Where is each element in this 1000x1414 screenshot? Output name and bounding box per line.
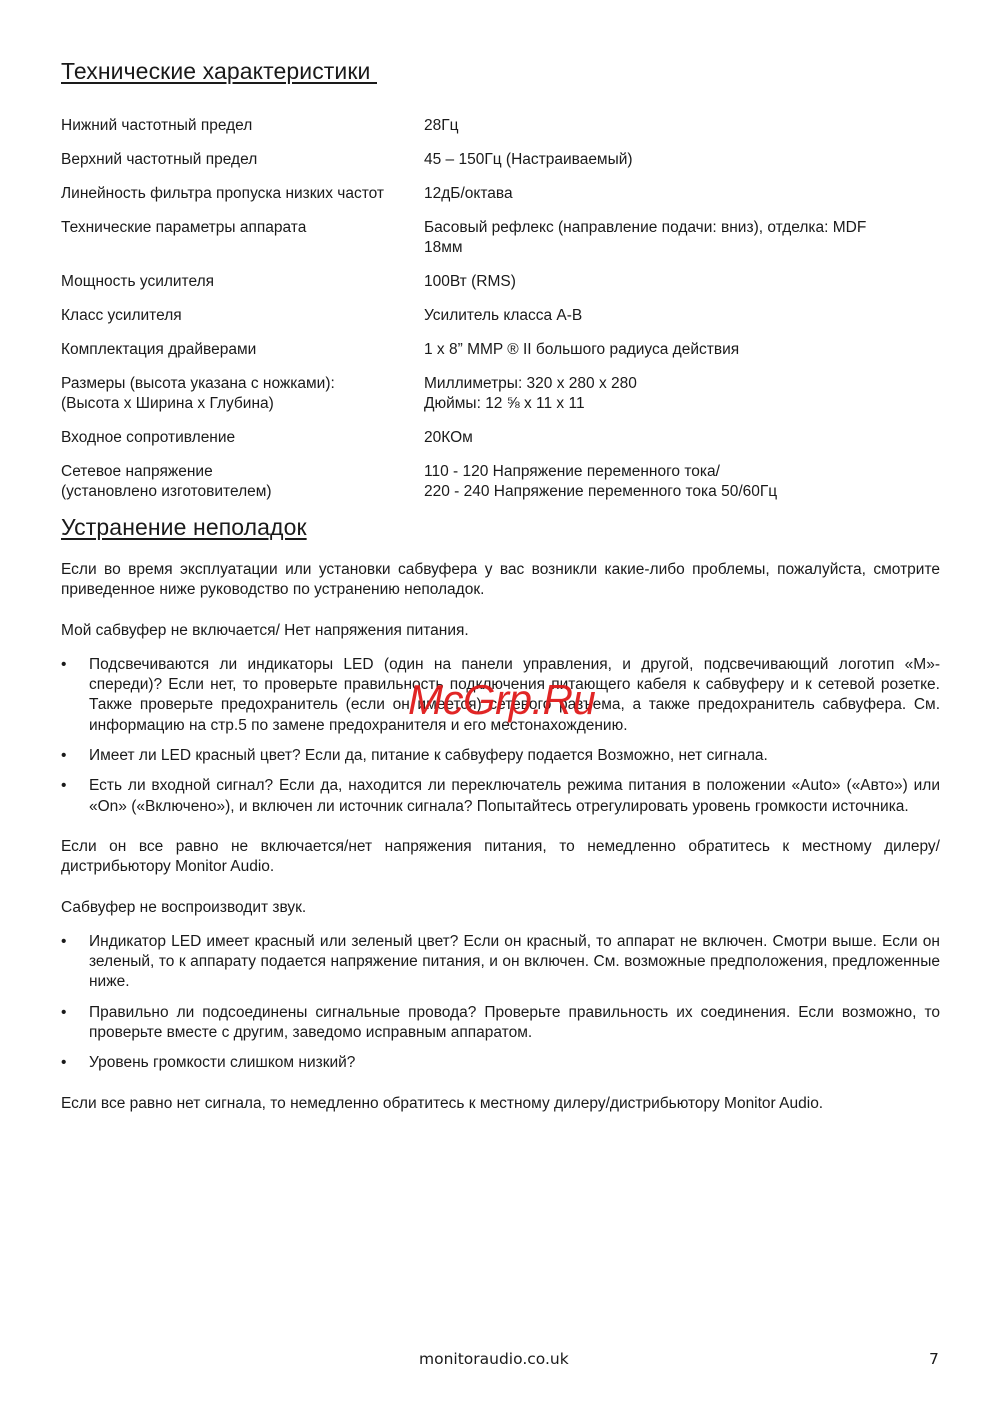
list-item: •Подсвечиваются ли индикаторы LED (один … — [61, 655, 940, 736]
spec-value: Миллиметры: 320 x 280 x 280Дюймы: 12 ⅝ x… — [424, 374, 940, 414]
spec-row: Линейность фильтра пропуска низких часто… — [61, 184, 940, 204]
troubleshooting-section: Если во время эксплуатации или установки… — [61, 560, 940, 1134]
spec-label: Мощность усилителя — [61, 272, 424, 292]
spec-value: 45 – 150Гц (Настраиваемый) — [424, 150, 940, 170]
spec-label: Класс усилителя — [61, 306, 424, 326]
list-item: •Имеет ли LED красный цвет? Если да, пит… — [61, 746, 940, 766]
spec-row: Мощность усилителя100Вт (RMS) — [61, 272, 940, 292]
problem-no-sound-checklist: •Индикатор LED имеет красный или зеленый… — [61, 932, 940, 1074]
problem-no-sound-contact: Если все равно нет сигнала, то немедленн… — [61, 1094, 940, 1114]
spec-value: 12дБ/октава — [424, 184, 940, 204]
list-item: •Есть ли входной сигнал? Если да, находи… — [61, 776, 940, 817]
spec-row: Класс усилителяУсилитель класса A-B — [61, 306, 940, 326]
troubleshooting-intro: Если во время эксплуатации или установки… — [61, 560, 940, 601]
spec-row: Технические параметры аппаратаБасовый ре… — [61, 218, 940, 258]
list-item: •Правильно ли подсоединены сигнальные пр… — [61, 1003, 940, 1044]
spec-value: 100Вт (RMS) — [424, 272, 940, 292]
troubleshooting-title: Устранение неполадок — [61, 514, 307, 541]
bullet-icon: • — [61, 776, 66, 796]
specs-title: Технические характеристики — [61, 58, 377, 85]
spec-label: Комплектация драйверами — [61, 340, 424, 360]
problem-no-power-contact: Если он все равно не включается/нет напр… — [61, 837, 940, 878]
spec-label: Технические параметры аппарата — [61, 218, 424, 258]
spec-value: 110 - 120 Напряжение переменного тока/22… — [424, 462, 940, 502]
spec-label: Размеры (высота указана с ножками):(Высо… — [61, 374, 424, 414]
problem-no-power-checklist: •Подсвечиваются ли индикаторы LED (один … — [61, 655, 940, 817]
bullet-icon: • — [61, 932, 66, 952]
specs-table: Нижний частотный предел28ГцВерхний часто… — [61, 116, 940, 516]
spec-row: Размеры (высота указана с ножками):(Высо… — [61, 374, 940, 414]
footer-website: monitoraudio.co.uk — [419, 1350, 569, 1368]
spec-value: 20КОм — [424, 428, 940, 448]
list-item: •Уровень громкости слишком низкий? — [61, 1053, 940, 1073]
spec-value: Басовый рефлекс (направление подачи: вни… — [424, 218, 940, 258]
spec-row: Комплектация драйверами1 x 8” MMP ® II б… — [61, 340, 940, 360]
bullet-icon: • — [61, 1003, 66, 1023]
bullet-icon: • — [61, 746, 66, 766]
bullet-icon: • — [61, 1053, 66, 1073]
problem-heading-no-power: Мой сабвуфер не включается/ Нет напряжен… — [61, 621, 940, 641]
page-number: 7 — [929, 1350, 939, 1368]
spec-label: Верхний частотный предел — [61, 150, 424, 170]
spec-label: Сетевое напряжение(установлено изготовит… — [61, 462, 424, 502]
spec-value: 28Гц — [424, 116, 940, 136]
spec-row: Нижний частотный предел28Гц — [61, 116, 940, 136]
problem-heading-no-sound: Сабвуфер не воспроизводит звук. — [61, 898, 940, 918]
spec-value: 1 x 8” MMP ® II большого радиуса действи… — [424, 340, 940, 360]
spec-label: Входное сопротивление — [61, 428, 424, 448]
spec-value: Усилитель класса A-B — [424, 306, 940, 326]
bullet-icon: • — [61, 655, 66, 675]
list-item: •Индикатор LED имеет красный или зеленый… — [61, 932, 940, 993]
spec-row: Сетевое напряжение(установлено изготовит… — [61, 462, 940, 502]
spec-row: Верхний частотный предел45 – 150Гц (Наст… — [61, 150, 940, 170]
spec-label: Нижний частотный предел — [61, 116, 424, 136]
spec-row: Входное сопротивление20КОм — [61, 428, 940, 448]
spec-label: Линейность фильтра пропуска низких часто… — [61, 184, 424, 204]
